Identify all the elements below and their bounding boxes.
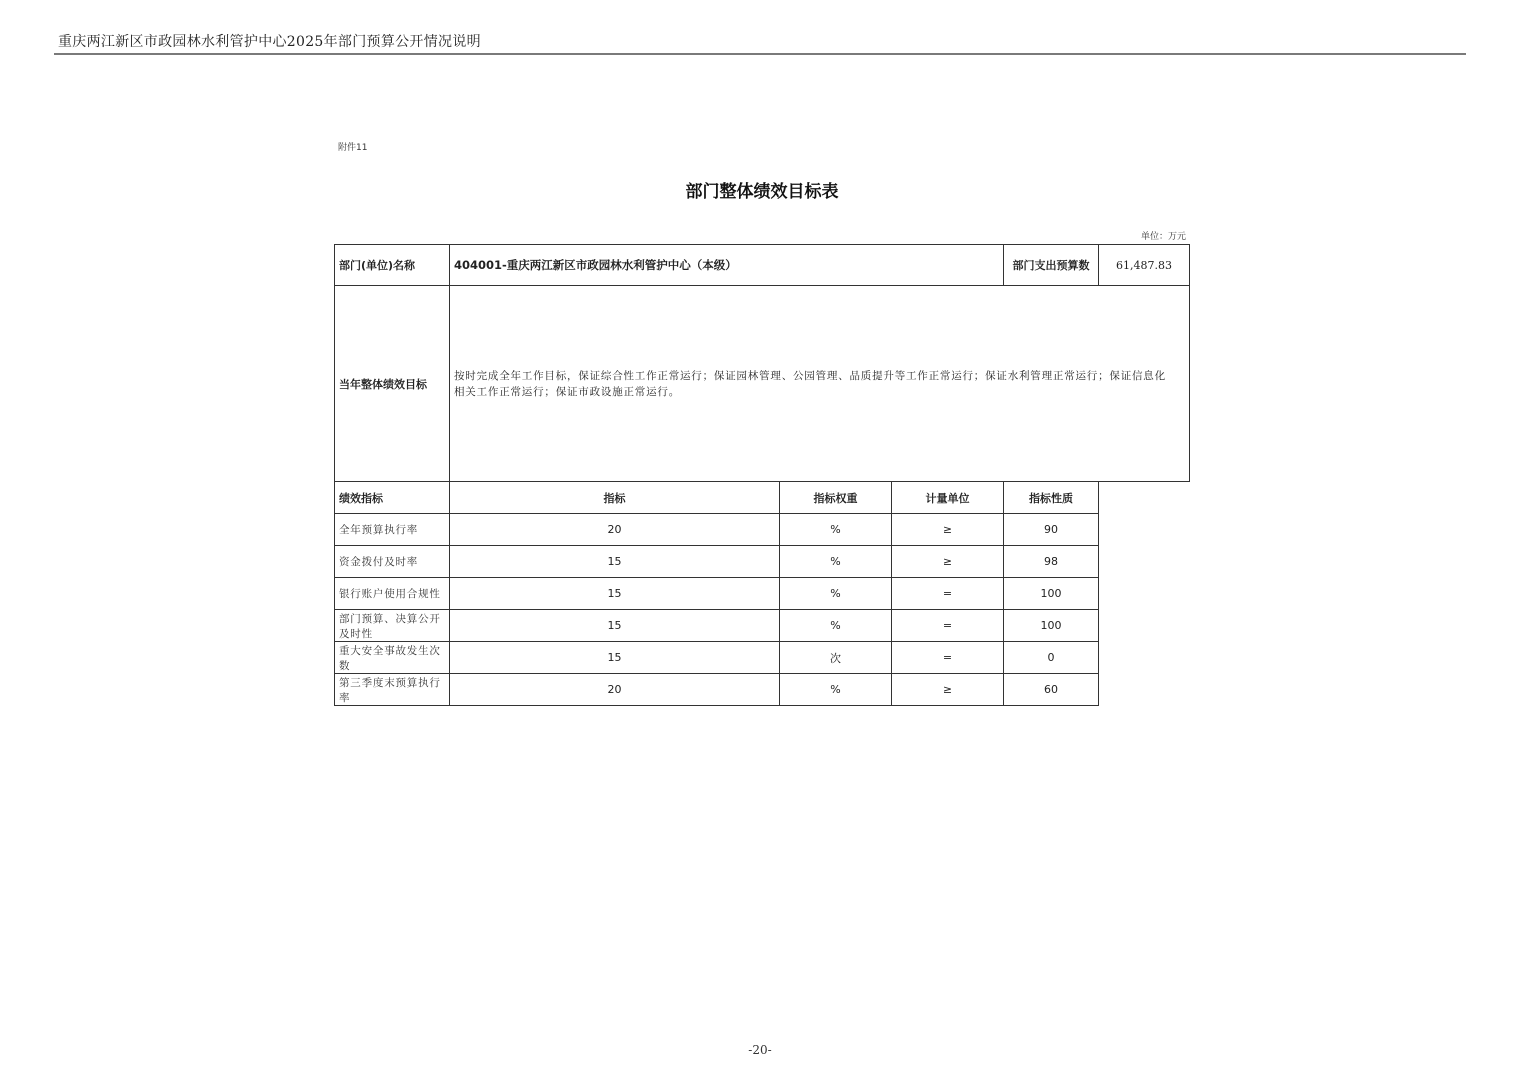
budget-value: 61,487.83 — [1099, 245, 1190, 286]
indicator-nature: = — [892, 578, 1004, 610]
indicator-row: 银行账户使用合规性15%=100 — [335, 578, 1190, 610]
indicator-unit: % — [780, 578, 892, 610]
indicator-row: 部门预算、决算公开及时性15%=100 — [335, 610, 1190, 642]
column-header-nature: 指标性质 — [1004, 482, 1099, 514]
indicator-name: 资金拨付及时率 — [335, 546, 450, 578]
goal-row: 当年整体绩效目标 按时完成全年工作目标，保证综合性工作正常运行；保证园林管理、公… — [335, 286, 1190, 482]
indicator-value: 90 — [1004, 514, 1099, 546]
indicator-row: 全年预算执行率20%≥90 — [335, 514, 1190, 546]
indicator-name: 第三季度末预算执行率 — [335, 674, 450, 706]
header-divider — [54, 53, 1466, 55]
indicators-label: 绩效指标 — [335, 482, 450, 514]
indicator-unit: % — [780, 546, 892, 578]
indicator-nature: = — [892, 610, 1004, 642]
indicator-header-row: 绩效指标 指标 指标权重 计量单位 指标性质 — [335, 482, 1190, 514]
indicator-name: 部门预算、决算公开及时性 — [335, 610, 450, 642]
indicator-weight: 20 — [450, 674, 780, 706]
indicator-unit: % — [780, 514, 892, 546]
indicator-nature: ≥ — [892, 546, 1004, 578]
running-header: 重庆两江新区市政园林水利管护中心2025年部门预算公开情况说明 — [58, 31, 481, 51]
indicator-name: 银行账户使用合规性 — [335, 578, 450, 610]
goal-label: 当年整体绩效目标 — [335, 286, 450, 482]
dept-name-value: 404001-重庆两江新区市政园林水利管护中心（本级） — [450, 245, 1004, 286]
indicator-weight: 20 — [450, 514, 780, 546]
column-header-unit: 计量单位 — [892, 482, 1004, 514]
budget-label: 部门支出预算数 — [1004, 245, 1099, 286]
page-number: -20- — [0, 1043, 1520, 1057]
indicator-value: 100 — [1004, 610, 1099, 642]
indicator-weight: 15 — [450, 642, 780, 674]
indicator-value: 0 — [1004, 642, 1099, 674]
indicator-row: 资金拨付及时率15%≥98 — [335, 546, 1190, 578]
indicator-row: 重大安全事故发生次数15次=0 — [335, 642, 1190, 674]
indicator-weight: 15 — [450, 546, 780, 578]
column-header-indicator: 指标 — [450, 482, 780, 514]
indicator-name: 重大安全事故发生次数 — [335, 642, 450, 674]
indicator-nature: ≥ — [892, 514, 1004, 546]
column-header-weight: 指标权重 — [780, 482, 892, 514]
dept-row: 部门(单位)名称 404001-重庆两江新区市政园林水利管护中心（本级） 部门支… — [335, 245, 1190, 286]
indicator-name: 全年预算执行率 — [335, 514, 450, 546]
document-title: 部门整体绩效目标表 — [0, 177, 1520, 202]
indicator-unit: % — [780, 610, 892, 642]
indicator-weight: 15 — [450, 610, 780, 642]
goal-text: 按时完成全年工作目标，保证综合性工作正常运行；保证园林管理、公园管理、品质提升等… — [450, 286, 1190, 482]
dept-name-label: 部门(单位)名称 — [335, 245, 450, 286]
indicator-nature: ≥ — [892, 674, 1004, 706]
indicator-nature: = — [892, 642, 1004, 674]
indicator-value: 60 — [1004, 674, 1099, 706]
indicator-row: 第三季度末预算执行率20%≥60 — [335, 674, 1190, 706]
indicator-value: 98 — [1004, 546, 1099, 578]
indicator-unit: % — [780, 674, 892, 706]
performance-target-table: 部门(单位)名称 404001-重庆两江新区市政园林水利管护中心（本级） 部门支… — [334, 244, 1190, 706]
indicator-value: 100 — [1004, 578, 1099, 610]
unit-note: 单位：万元 — [1141, 229, 1186, 242]
attachment-label: 附件11 — [338, 140, 367, 153]
indicator-weight: 15 — [450, 578, 780, 610]
indicator-unit: 次 — [780, 642, 892, 674]
